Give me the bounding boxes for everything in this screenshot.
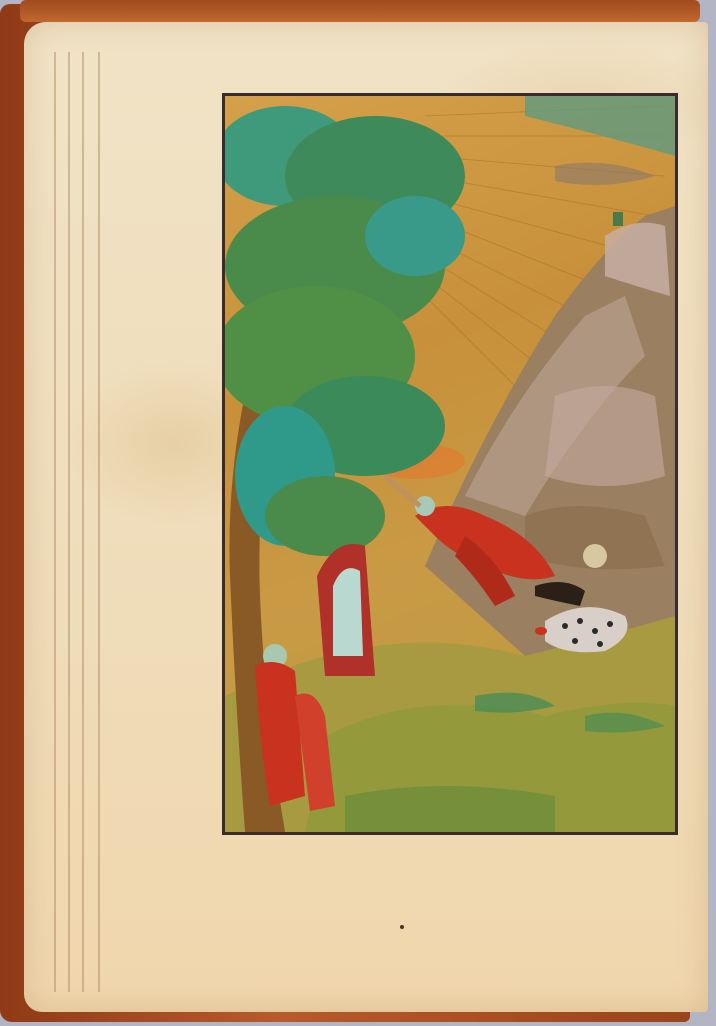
illustration-scene bbox=[225, 96, 675, 832]
woodcut-illustration bbox=[222, 93, 678, 835]
ink-speck bbox=[400, 925, 404, 929]
page-edge-line bbox=[68, 52, 70, 992]
page-edge-line bbox=[98, 52, 100, 992]
tree-foliage bbox=[225, 106, 465, 556]
page-edge-line bbox=[54, 52, 56, 992]
page-edge-line bbox=[82, 52, 84, 992]
book-cover-top-edge bbox=[20, 0, 700, 22]
